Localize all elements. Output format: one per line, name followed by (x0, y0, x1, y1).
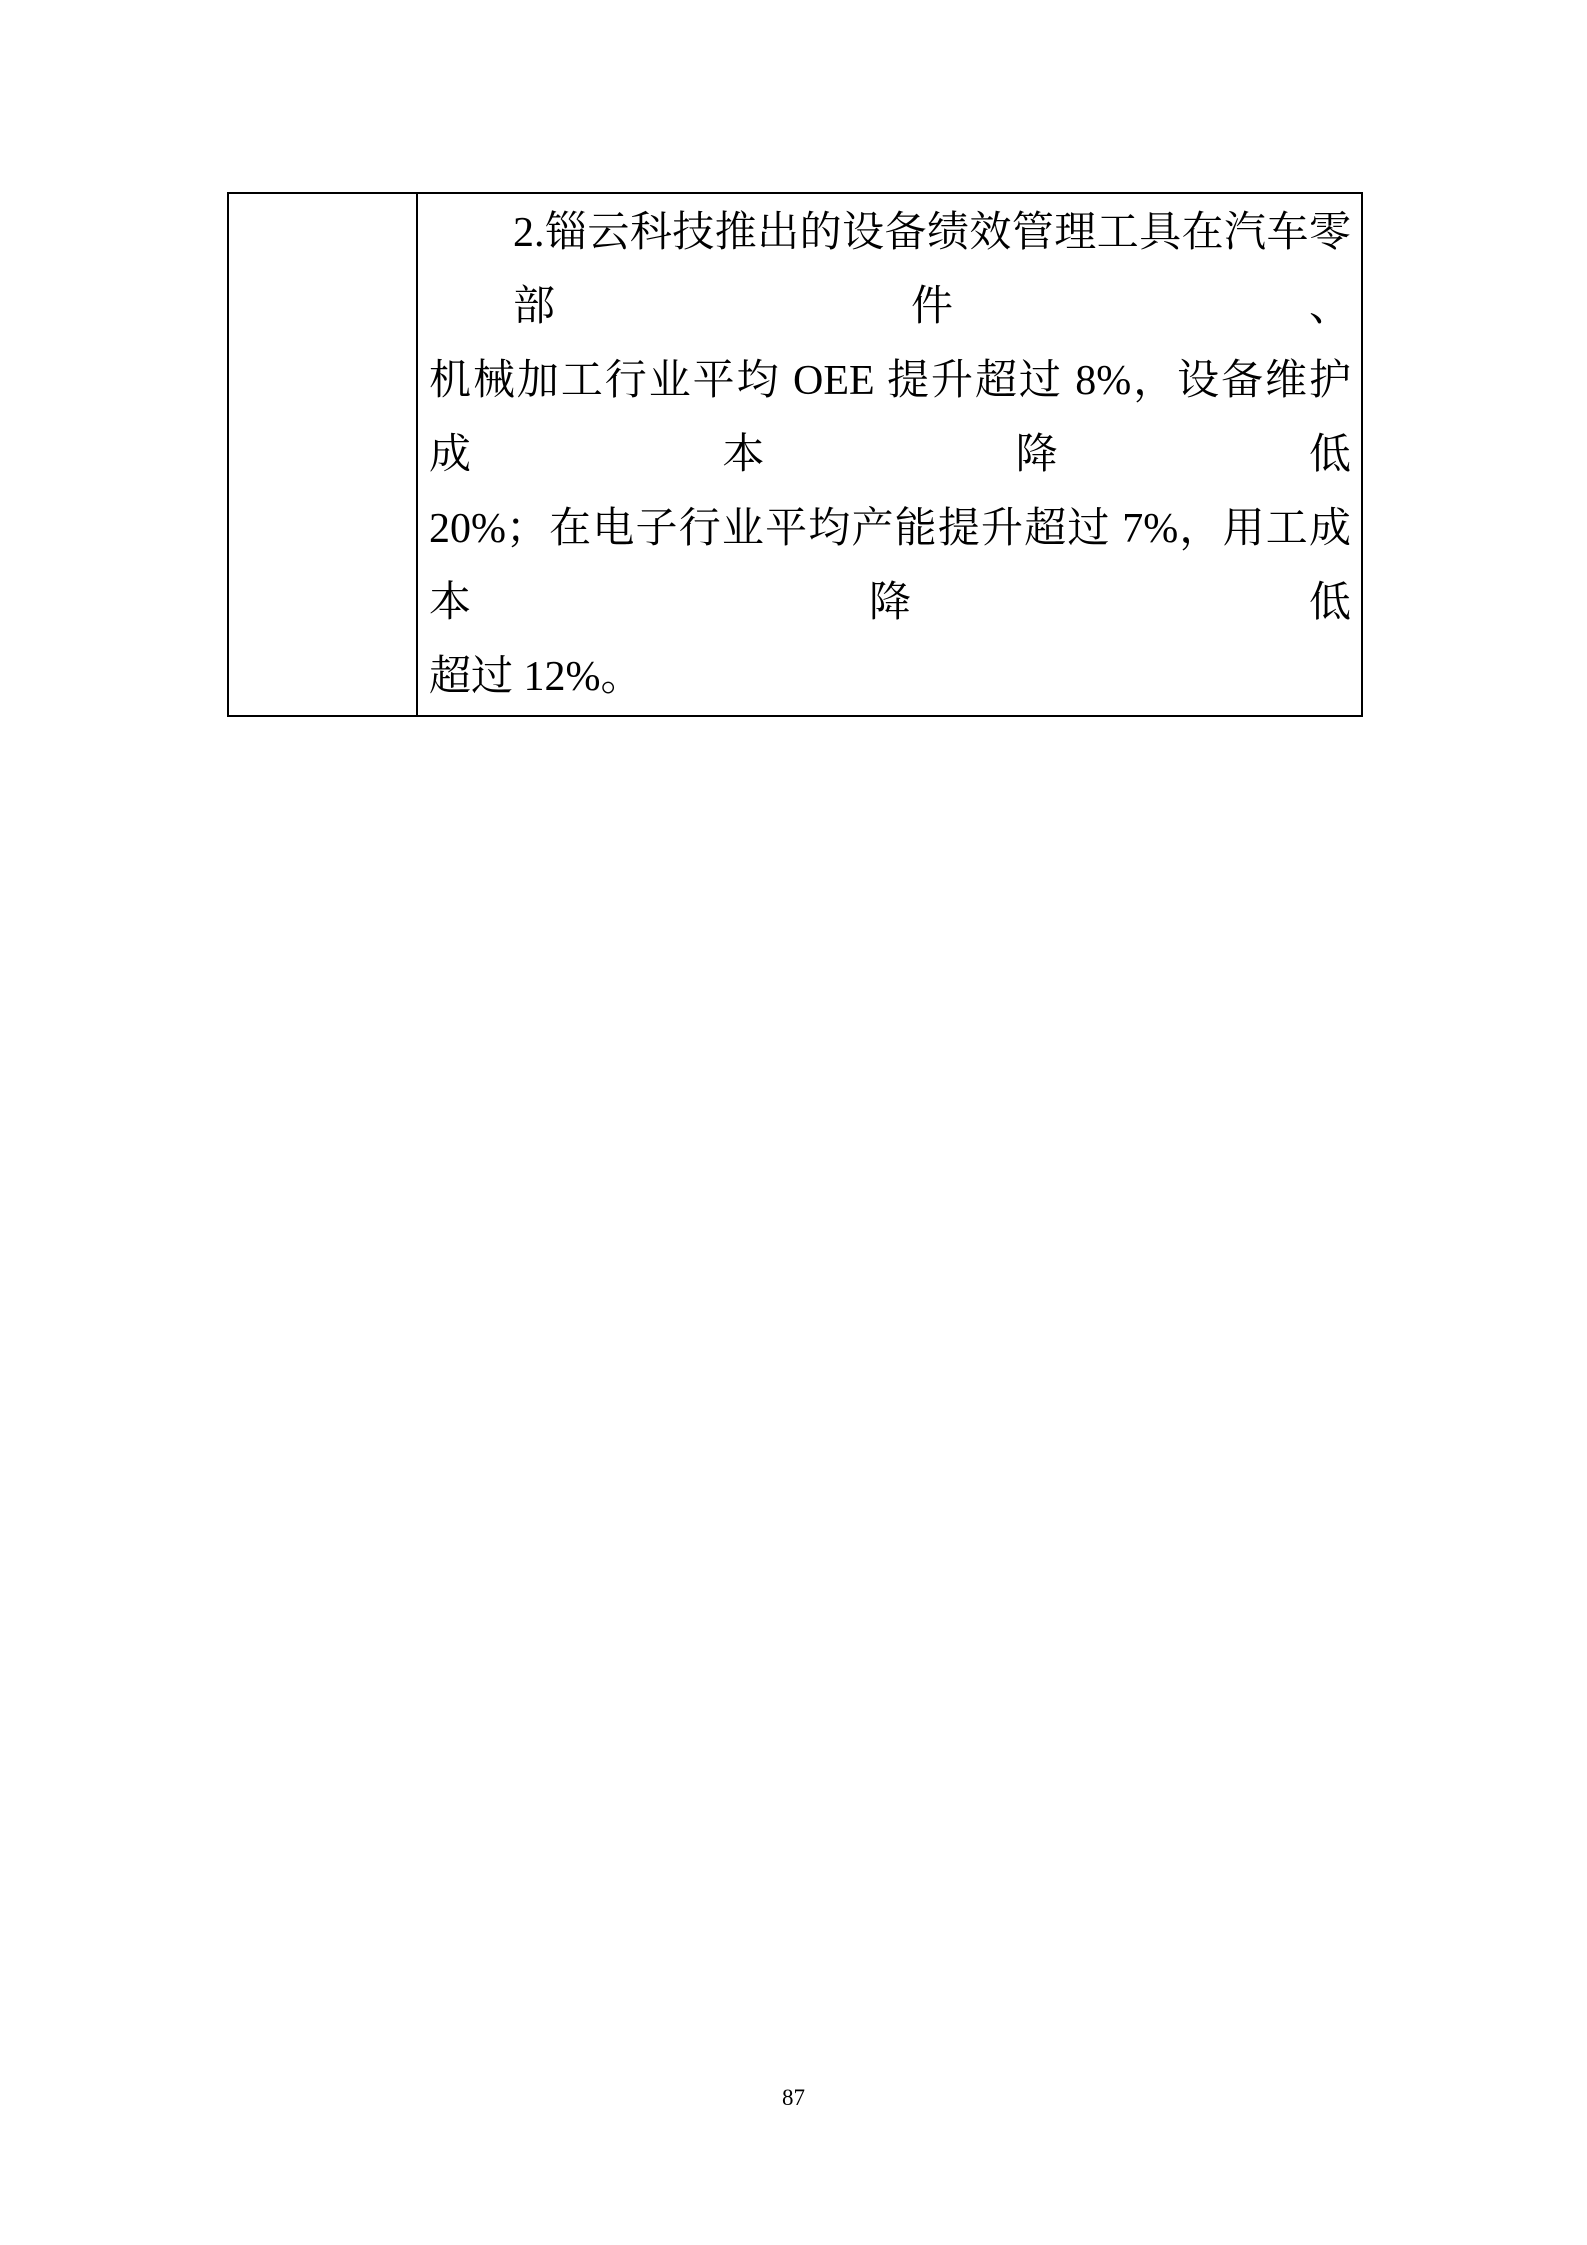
page-number: 87 (0, 2084, 1587, 2112)
text-line: 3.该平台已经与平安银行、建设银行、海通恒信、平 (429, 714, 1351, 715)
text-line: 2.锱云科技推出的设备绩效管理工具在汽车零部件、 (429, 196, 1351, 344)
content-table: 2.锱云科技推出的设备绩效管理工具在汽车零部件、 机械加工行业平均 OEE 提升… (227, 192, 1363, 717)
paragraph-financial-cooperation: 3.该平台已经与平安银行、建设银行、海通恒信、平 安租赁等头部金融机构开展合作，… (429, 714, 1351, 715)
text-line: 超过 12%。 (429, 640, 1351, 714)
document-page: 2.锱云科技推出的设备绩效管理工具在汽车零部件、 机械加工行业平均 OEE 提升… (0, 0, 1587, 2245)
text-line: 20%；在电子行业平均产能提升超过 7%，用工成本降低 (429, 492, 1351, 640)
table-cell-label-empty (229, 194, 418, 715)
table-cell-content: 2.锱云科技推出的设备绩效管理工具在汽车零部件、 机械加工行业平均 OEE 提升… (418, 194, 1361, 715)
text-line: 机械加工行业平均 OEE 提升超过 8%，设备维护成本降低 (429, 344, 1351, 492)
paragraph-equipment-performance: 2.锱云科技推出的设备绩效管理工具在汽车零部件、 机械加工行业平均 OEE 提升… (429, 196, 1351, 714)
